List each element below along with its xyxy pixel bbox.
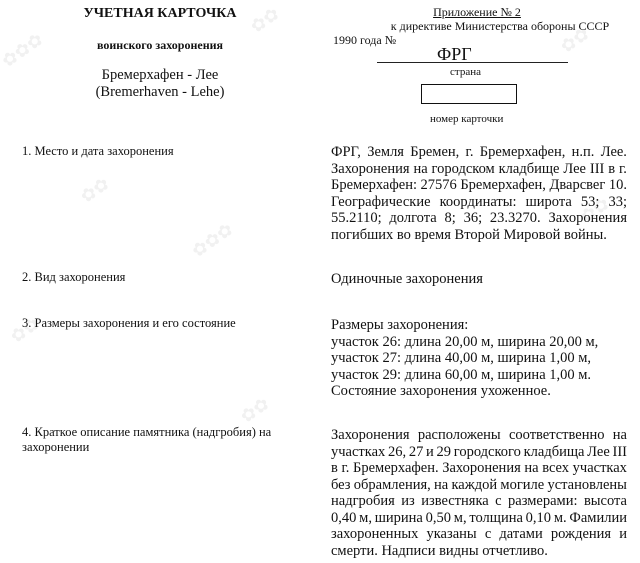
watermark: ✿✿	[237, 393, 274, 428]
text-line: безобрамления,накаждоймогилеустановлены	[331, 477, 627, 494]
text-line: вг.Бремерхафен.Захоронениянавсехучастках	[331, 460, 627, 477]
watermark: ✿✿✿	[188, 219, 237, 262]
text-line: захороненныхуказанысдатамирожденияи	[331, 526, 627, 543]
text-line: смерти. Надписи видны отчетливо.	[331, 543, 627, 560]
directive-text: к директиве Министерства обороны СССР	[380, 19, 620, 34]
watermark: ✿✿✿	[0, 29, 47, 72]
text-line: Захоронениярасположенысоответственнона	[331, 427, 627, 444]
section-3-label: 3. Размеры захоронения и его состояние	[22, 316, 236, 331]
text-line: участок 29: длина 60,00 м, ширина 1,00 м…	[331, 367, 627, 384]
appendix-label: Приложение № 2	[432, 5, 522, 20]
text-line: участок 27: длина 40,00 м, ширина 1,00 м…	[331, 350, 627, 367]
card-title: УЧЕТНАЯ КАРТОЧКА	[50, 6, 270, 22]
section-1-value: ФРГ,ЗемляБремен,г.Бремерхафен,н.п.Лее. З…	[331, 144, 627, 243]
text-line: участках26,27и29городскогокладбищаЛееIII	[331, 444, 627, 461]
text-line: надгробияизизвестнякасразмерами:высота	[331, 493, 627, 510]
place-name-en: (Bremerhaven - Lehe)	[40, 84, 280, 101]
text-line: Одиночные захоронения	[331, 271, 627, 288]
section-3-value: Размеры захоронения: участок 26: длина 2…	[331, 317, 627, 400]
watermark: ✿✿	[77, 173, 114, 208]
text-line: Размеры захоронения:	[331, 317, 627, 334]
directive-year: 1990 года №	[333, 33, 396, 48]
section-4-value: Захоронениярасположенысоответственнона у…	[331, 427, 627, 559]
section-2-label: 2. Вид захоронения	[22, 270, 125, 285]
section-2-value: Одиночные захоронения	[331, 271, 627, 288]
burial-place-name: Бремерхафен - Лее (Bremerhaven - Lehe)	[40, 67, 280, 101]
text-line: Географическиекоординаты:широта53;33;	[331, 194, 627, 211]
text-line: Состояние захоронения ухоженное.	[331, 383, 627, 400]
text-line: Бремерхафен:27576Бремерхафен,Дварсвег10.	[331, 177, 627, 194]
text-line: ФРГ,ЗемляБремен,г.Бремерхафен,н.п.Лее.	[331, 144, 627, 161]
section-1-label: 1. Место и дата захоронения	[22, 144, 174, 159]
country-underline	[377, 62, 568, 63]
country-label: страна	[450, 66, 481, 78]
card-number-box	[421, 84, 517, 104]
text-line: 55.2110;долгота8;36;23.3270.Захоронения	[331, 210, 627, 227]
card-subtitle: воинского захоронения	[50, 38, 270, 53]
text-line: 0,40м,ширина0,50м,толщина0,10м.Фамилии	[331, 510, 627, 527]
card-number-label: номер карточки	[430, 113, 503, 125]
text-line: погибших во время Второй Мировой войны.	[331, 227, 627, 244]
text-line: ЗахоронениянагородскомкладбищеЛееIIIвг.	[331, 161, 627, 178]
text-line: участок 26: длина 20,00 м, ширина 20,00 …	[331, 334, 627, 351]
place-name-ru: Бремерхафен - Лее	[40, 67, 280, 84]
section-4-label: 4. Краткое описание памятника (надгробия…	[22, 425, 271, 455]
section-4-label-line: 4. Краткое описание памятника (надгробия…	[22, 425, 271, 440]
section-4-label-line: захоронении	[22, 440, 271, 455]
